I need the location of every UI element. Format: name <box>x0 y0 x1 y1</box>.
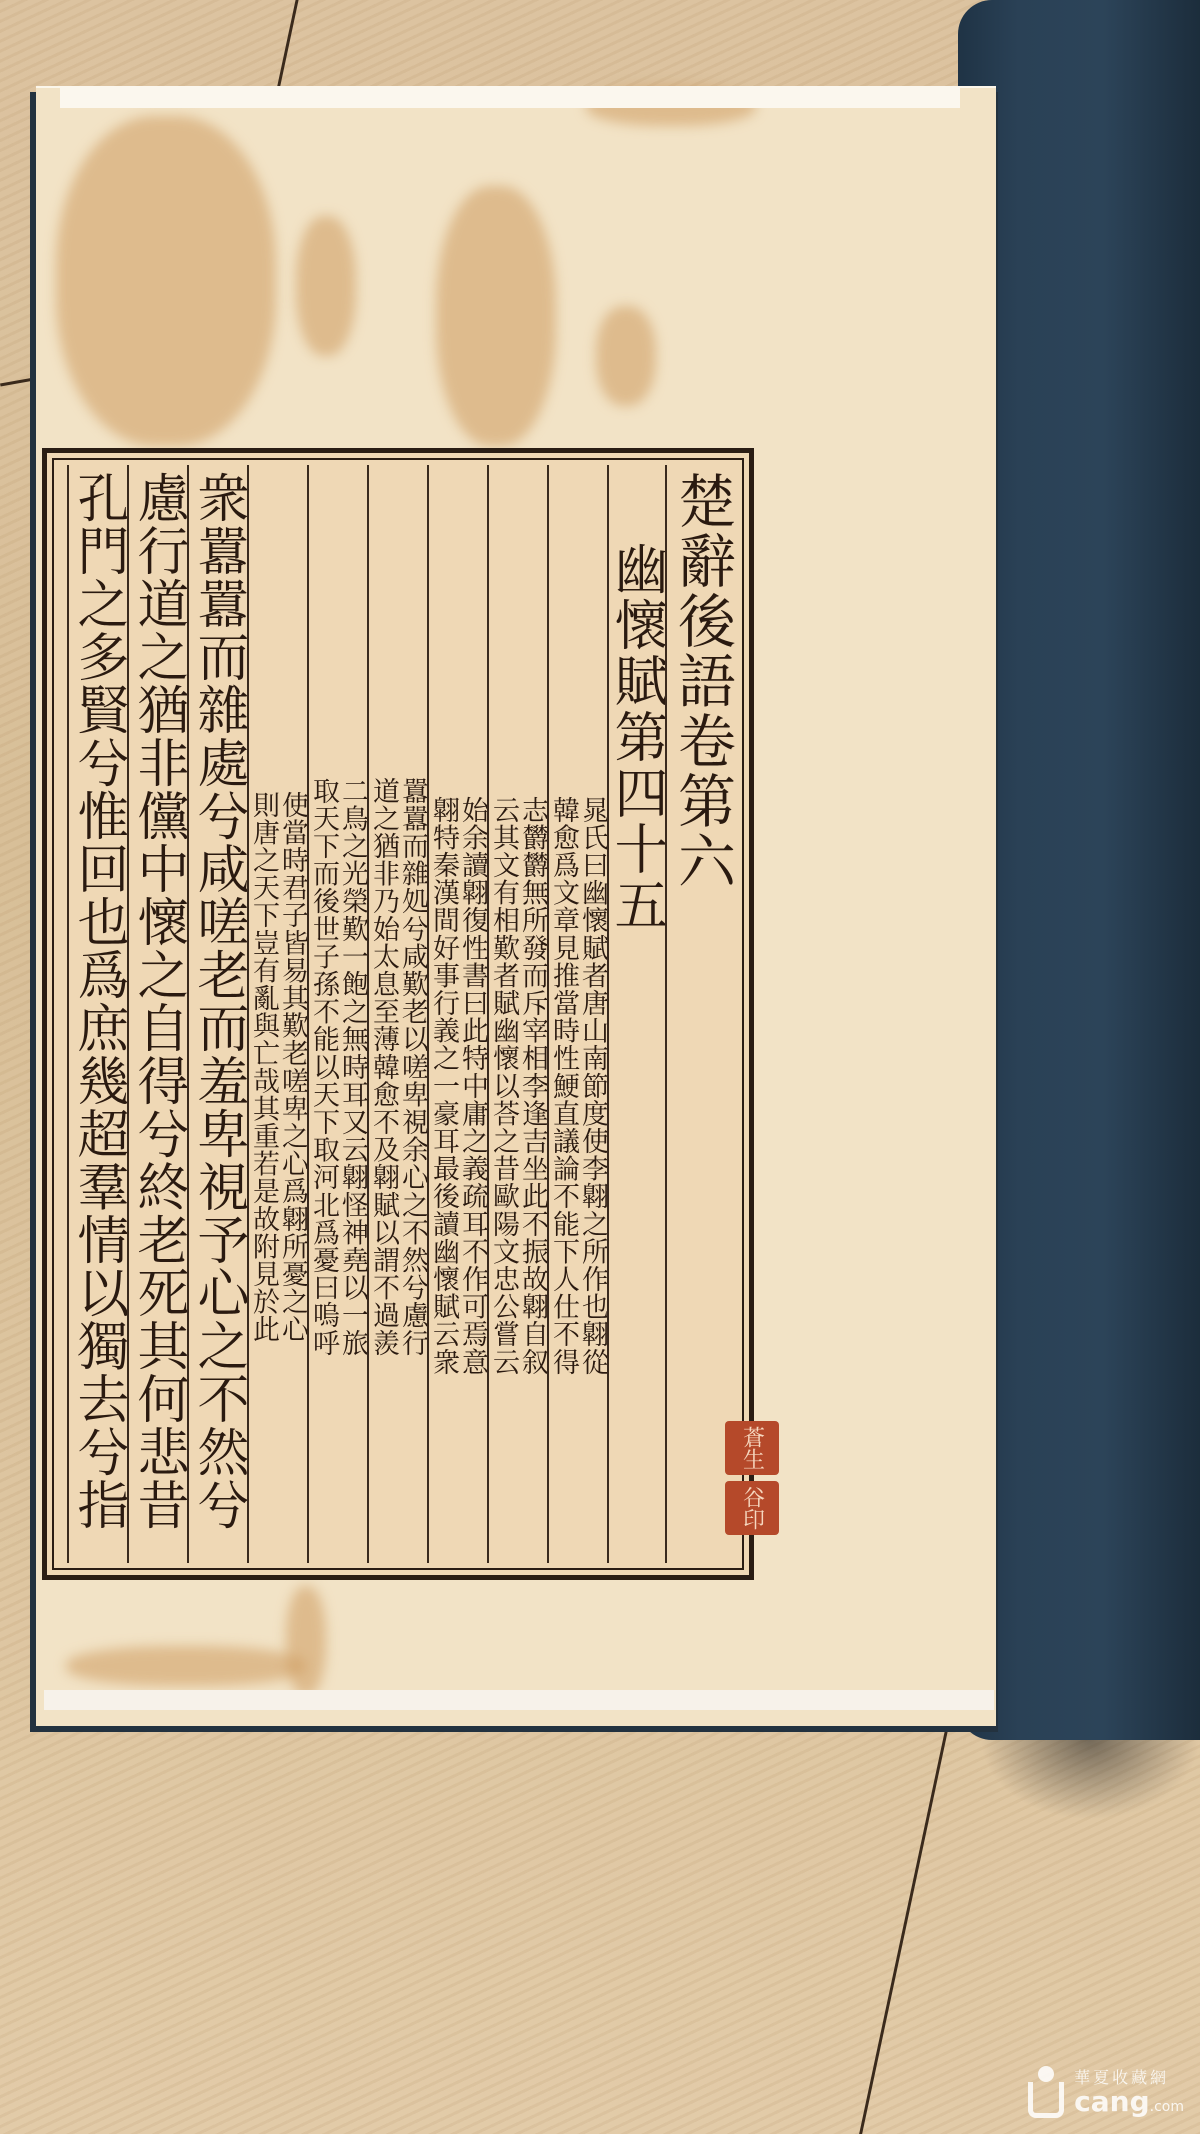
commentary-line: 二鳥之光榮歎一飽之無時耳又云翺怪神堯以一旅 <box>339 777 366 1357</box>
commentary-column: 始余讀翺復性書曰此特中庸之義疏耳不作可焉意 翺特秦漢間好事行義之一豪耳最後讀幽懷… <box>427 465 487 1563</box>
text-columns: 楚辭後語卷第六 幽懷賦第四十五 晁氏曰幽懷賦者唐山南節度使李翺之所作也翺從 韓愈… <box>59 465 737 1563</box>
page-edge-bottom <box>44 1690 994 1710</box>
watermark-brand-en: cang.com <box>1074 2087 1184 2116</box>
section-title: 幽懷賦第四十五 <box>610 541 664 933</box>
commentary-column: 晁氏曰幽懷賦者唐山南節度使李翺之所作也翺從 韓愈爲文章見推當時性鯁直議論不能下人… <box>547 465 607 1563</box>
section-column: 幽懷賦第四十五 <box>607 465 665 1563</box>
commentary-line: 囂囂而雜処兮咸歎老以嗟卑視余心之不然兮慮行 <box>399 777 426 1357</box>
site-watermark: 華夏收藏網 cang.com <box>1024 2066 1184 2120</box>
commentary-line: 晁氏曰幽懷賦者唐山南節度使李翺之所作也翺從 <box>579 796 606 1376</box>
commentary-line: 道之猶非乃始太息至薄韓愈不及翺賦以謂不過羨 <box>370 777 397 1357</box>
person-logo-icon <box>1024 2066 1068 2120</box>
stain <box>296 216 356 356</box>
main-text-column: 孔門之多賢兮惟回也爲庶幾超羣情以獨去兮指 <box>67 465 127 1563</box>
main-text-column: 慮行道之猶非儻中懷之自得兮終老死其何悲昔 <box>127 465 187 1563</box>
stain <box>286 1586 326 1696</box>
book-title: 楚辭後語卷第六 <box>673 471 731 891</box>
main-text-column: 衆囂囂而雜處兮咸嗟老而羞卑視予心之不然兮 <box>187 465 247 1563</box>
commentary-line: 始余讀翺復性書曰此特中庸之義疏耳不作可焉意 <box>459 796 486 1376</box>
stain <box>436 186 556 446</box>
commentary-line: 志欝欝無所發而斥宰相李逢吉坐此不振故翺自叙 <box>519 796 546 1376</box>
commentary-column: 二鳥之光榮歎一飽之無時耳又云翺怪神堯以一旅 取天下而後世子孫不能以天下取河北爲憂… <box>307 465 367 1563</box>
main-text-line: 慮行道之猶非儻中懷之自得兮終老死其何悲昔 <box>132 471 184 1531</box>
main-text-line: 孔門之多賢兮惟回也爲庶幾超羣情以獨去兮指 <box>72 471 124 1531</box>
collector-seal: 蒼生 <box>725 1421 779 1475</box>
cover-shadow <box>980 1740 1200 1820</box>
floor-seam <box>276 0 298 90</box>
commentary-line: 取天下而後世子孫不能以天下取河北爲憂曰嗚呼 <box>310 777 337 1357</box>
main-text-line: 衆囂囂而雜處兮咸嗟老而羞卑視予心之不然兮 <box>192 471 244 1531</box>
commentary-line: 云其文有相歎者賦幽懷以荅之昔歐陽文忠公嘗云 <box>490 796 517 1376</box>
commentary-column: 囂囂而雜処兮咸歎老以嗟卑視余心之不然兮慮行 道之猶非乃始太息至薄韓愈不及翺賦以謂… <box>367 465 427 1563</box>
stain <box>596 306 656 406</box>
collector-seal: 谷印 <box>725 1481 779 1535</box>
commentary-line: 使當時君子皆易其歎老嗟卑之心爲翺所憂之心 <box>279 791 306 1343</box>
commentary-column: 志欝欝無所發而斥宰相李逢吉坐此不振故翺自叙 云其文有相歎者賦幽懷以荅之昔歐陽文忠… <box>487 465 547 1563</box>
title-column: 楚辭後語卷第六 <box>665 465 737 1563</box>
page-edge-top <box>60 86 960 108</box>
stain <box>66 1646 306 1686</box>
commentary-line: 則唐之天下豈有亂與亡哉其重若是故附見於此 <box>250 791 277 1343</box>
stain <box>56 116 276 446</box>
commentary-line: 韓愈爲文章見推當時性鯁直議論不能下人仕不得 <box>550 796 577 1376</box>
commentary-line: 翺特秦漢間好事行義之一豪耳最後讀幽懷賦云衆 <box>430 796 457 1376</box>
commentary-column: 使當時君子皆易其歎老嗟卑之心爲翺所憂之心 則唐之天下豈有亂與亡哉其重若是故附見於… <box>247 465 307 1563</box>
printed-text-block: 楚辭後語卷第六 幽懷賦第四十五 晁氏曰幽懷賦者唐山南節度使李翺之所作也翺從 韓愈… <box>42 448 754 1580</box>
floor-seam <box>859 1730 948 2134</box>
